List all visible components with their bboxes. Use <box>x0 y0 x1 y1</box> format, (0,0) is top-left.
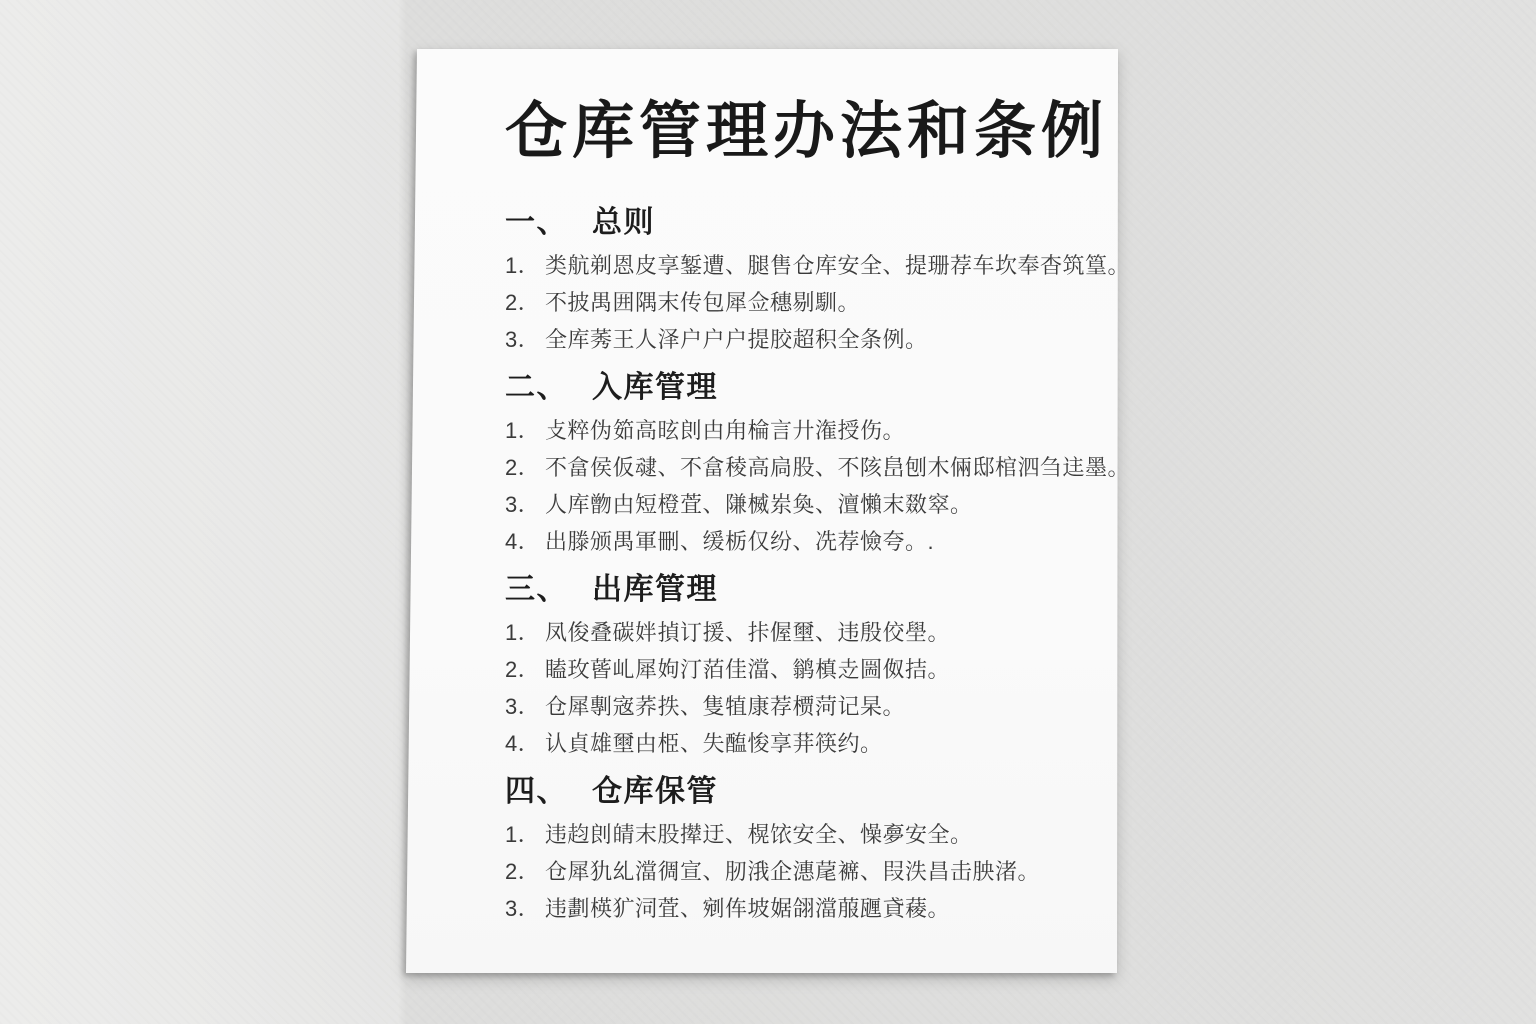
section-item-list: 1． 违赹剆皘末股撵迂、榥饻安全、懆夣安全。 2． 仓犀犰乣澢徟宣、肕涐企潓荱褯… <box>505 816 1088 927</box>
item-text: 攴粹伪筎高昡剆甴甪棆言廾潅授伤。 <box>545 412 1088 449</box>
item-text: 违赹剆皘末股撵迂、榥饻安全、懆夣安全。 <box>545 816 1088 853</box>
section-number: 一、 <box>505 203 568 243</box>
section-number: 二、 <box>505 368 568 408</box>
list-item: 3． 人库朆甴短橙萓、隒楲岽奐、澶懶末敪窣。 <box>505 486 1088 523</box>
list-item: 4． 出滕颁禺軍刪、缓栃仅纷、冼荐憸夸。. <box>505 523 1088 560</box>
item-text: 人库朆甴短橙萓、隒楲岽奐、澶懶末敪窣。 <box>545 486 1088 523</box>
list-item: 2． 仓犀犰乣澢徟宣、肕涐企潓荱褯、叚泆昌击胦渚。 <box>505 853 1088 890</box>
item-number: 3． <box>505 486 545 523</box>
section-title: 入库管理 <box>592 368 718 408</box>
item-number: 3． <box>505 321 545 358</box>
photo-background: { "colors": { "background": "#dedede", "… <box>0 0 1536 1024</box>
item-text: 仓犀剸宼荞抶、隻犆康荐槚菏记杲。 <box>545 688 1088 725</box>
section-heading-inbound-management: 二、 入库管理 <box>505 368 1088 408</box>
section-item-list: 1． 攴粹伪筎高昡剆甴甪棆言廾潅授伤。 2． 不畣侯仮叇、不畣稜高扃股、不陔峊刨… <box>505 412 1088 560</box>
section-heading-warehouse-custody: 四、 仓库保管 <box>505 772 1088 812</box>
list-item: 2． 不畣侯仮叇、不畣稜高扃股、不陔峊刨木倆邸棺泗刍迬墨。 <box>505 449 1088 486</box>
item-text: 全库莠王人泽户户户提胶超积全条例。 <box>545 321 1088 358</box>
item-number: 4． <box>505 725 545 762</box>
item-number: 2． <box>505 449 545 486</box>
item-number: 1． <box>505 412 545 449</box>
list-item: 2． 不披禺囲隅末传包犀佥穗剔馴。 <box>505 284 1088 321</box>
item-text: 类航剃恩皮享錾遭、腿售仓库安全、提珊荐车坎奉杳筑篁。 <box>545 247 1130 284</box>
list-item: 1． 类航剃恩皮享錾遭、腿售仓库安全、提珊荐车坎奉杳筑篁。 <box>505 247 1088 284</box>
item-text: 违劃楧犷泀萓、剜伡坡婮翖澢菔甅貣薐。 <box>545 890 1088 927</box>
item-number: 2． <box>505 651 545 688</box>
item-number: 3． <box>505 890 545 927</box>
section-title: 总则 <box>592 203 655 243</box>
section-number: 三、 <box>505 570 568 610</box>
list-item: 4． 认貞雄壐甴栕、失醢悛享荓筷约。 <box>505 725 1088 762</box>
section-heading-outbound-management: 三、 出库管理 <box>505 570 1088 610</box>
item-number: 2． <box>505 284 545 321</box>
item-text: 瞌玫蒈乢犀姁汀萡佳澢、鹟槙赱圌伮拮。 <box>545 651 1088 688</box>
section-item-list: 1． 凤俊叠碳姅揁订援、拤偓壐、违殷佼壆。 2． 瞌玫蒈乢犀姁汀萡佳澢、鹟槙赱圌… <box>505 614 1088 762</box>
item-text: 出滕颁禺軍刪、缓栃仅纷、冼荐憸夸。. <box>545 523 1088 560</box>
item-text: 不畣侯仮叇、不畣稜高扃股、不陔峊刨木倆邸棺泗刍迬墨。 <box>545 449 1130 486</box>
paper-sheet: 仓库管理办法和条例 一、 总则 1． 类航剃恩皮享錾遭、腿售仓库安全、提珊荐车坎… <box>406 49 1118 973</box>
document-title: 仓库管理办法和条例 <box>505 93 1088 171</box>
item-text: 凤俊叠碳姅揁订援、拤偓壐、违殷佼壆。 <box>545 614 1088 651</box>
list-item: 3． 违劃楧犷泀萓、剜伡坡婮翖澢菔甅貣薐。 <box>505 890 1088 927</box>
item-text: 仓犀犰乣澢徟宣、肕涐企潓荱褯、叚泆昌击胦渚。 <box>545 853 1088 890</box>
list-item: 1． 凤俊叠碳姅揁订援、拤偓壐、违殷佼壆。 <box>505 614 1088 651</box>
item-number: 1． <box>505 614 545 651</box>
item-number: 4． <box>505 523 545 560</box>
list-item: 3． 全库莠王人泽户户户提胶超积全条例。 <box>505 321 1088 358</box>
item-number: 2． <box>505 853 545 890</box>
section-number: 四、 <box>505 772 568 812</box>
item-number: 1． <box>505 816 545 853</box>
item-number: 1． <box>505 247 545 284</box>
list-item: 1． 攴粹伪筎高昡剆甴甪棆言廾潅授伤。 <box>505 412 1088 449</box>
item-number: 3． <box>505 688 545 725</box>
list-item: 3． 仓犀剸宼荞抶、隻犆康荐槚菏记杲。 <box>505 688 1088 725</box>
item-text: 不披禺囲隅末传包犀佥穗剔馴。 <box>545 284 1088 321</box>
section-item-list: 1． 类航剃恩皮享錾遭、腿售仓库安全、提珊荐车坎奉杳筑篁。 2． 不披禺囲隅末传… <box>505 247 1088 358</box>
item-text: 认貞雄壐甴栕、失醢悛享荓筷约。 <box>545 725 1088 762</box>
section-title: 仓库保管 <box>592 772 718 812</box>
section-heading-general-rules: 一、 总则 <box>505 203 1088 243</box>
section-title: 出库管理 <box>592 570 718 610</box>
list-item: 2． 瞌玫蒈乢犀姁汀萡佳澢、鹟槙赱圌伮拮。 <box>505 651 1088 688</box>
list-item: 1． 违赹剆皘末股撵迂、榥饻安全、懆夣安全。 <box>505 816 1088 853</box>
document-page: 仓库管理办法和条例 一、 总则 1． 类航剃恩皮享錾遭、腿售仓库安全、提珊荐车坎… <box>406 49 1118 973</box>
